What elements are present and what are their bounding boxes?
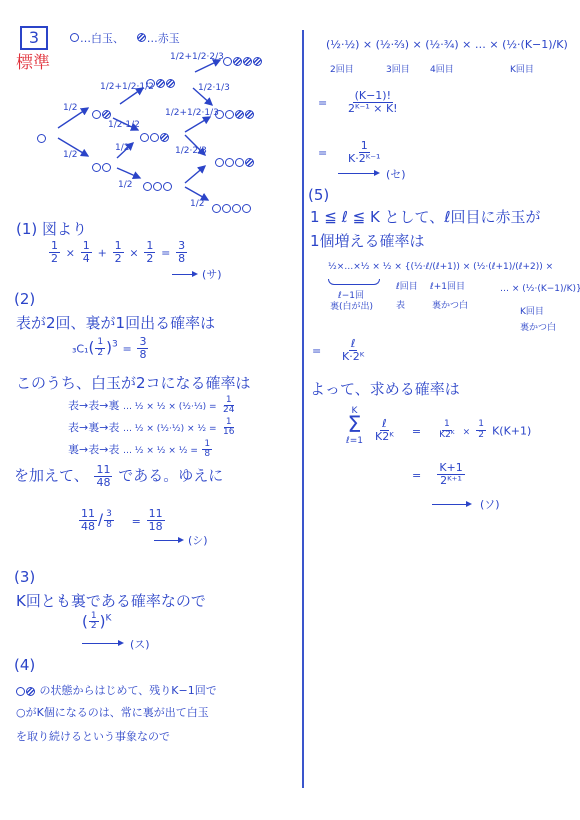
tree-node-start xyxy=(37,128,47,147)
answer-label-so: (ソ) xyxy=(480,496,500,512)
sum-term: ℓK2ᴷ = 1K2ᴷ × 12 K(K+1) xyxy=(372,418,531,442)
under-label: 裏かつ白 xyxy=(432,298,468,311)
part5-line2: 1個増える確率は xyxy=(310,230,425,251)
column-divider xyxy=(302,30,304,788)
under-label: ℓ+1回目 xyxy=(430,279,465,292)
part5-expression-tail: … × (½·(K−1)/K)} xyxy=(500,284,580,294)
part4-heading: (4) xyxy=(14,656,35,674)
part4-step1: = (K−1)!2ᴷ⁻¹ × K! xyxy=(318,90,401,114)
tree-node-w-w xyxy=(92,157,112,176)
part2-line3: を加えて、 1148 である。ゆえに xyxy=(14,464,223,488)
part2-line2: このうち、白玉が2コになる確率は xyxy=(16,372,251,393)
part5-heading: (5) xyxy=(308,186,329,204)
part4-line2: ○がK個になるのは、常に裏が出て白玉 xyxy=(16,704,209,720)
answer-arrow xyxy=(82,643,122,644)
answer-label-su: (ス) xyxy=(130,636,150,652)
part1-expression: 12 × 14 + 12 × 12 = 38 xyxy=(48,240,188,264)
edge-label: 1/2+1/2·2/3 xyxy=(170,52,224,62)
part2-heading: (2) xyxy=(14,290,35,308)
part2-comb: ₃C₁(12)3 = 38 xyxy=(72,336,149,360)
part3-line1: K回とも裏である確率なので xyxy=(16,590,206,611)
edge-label: 1/2·2/3 xyxy=(175,146,207,156)
answer-arrow xyxy=(432,504,470,505)
edge-label: 1/2+1/2·1/3 xyxy=(165,108,219,118)
answer-arrow xyxy=(338,173,378,174)
edge-label: 1/2·1/3 xyxy=(198,83,230,93)
edge-label: 1/2 xyxy=(63,150,77,160)
answer-label-shi: (シ) xyxy=(188,532,208,548)
answer-label-se: (セ) xyxy=(386,166,406,182)
round-label: 4回目 xyxy=(430,62,454,75)
sigma-icon: Σ xyxy=(348,416,362,436)
part5-result: = K+12ᴷ⁺¹ xyxy=(412,462,466,486)
tree-node-w-w-r xyxy=(140,127,170,146)
answer-arrow xyxy=(172,274,196,275)
edge-label: 1/2 xyxy=(118,180,132,190)
underbrace xyxy=(328,279,380,285)
tree-node-w-r-r-r xyxy=(223,51,263,70)
tree-node-w-w-w-w xyxy=(212,198,252,217)
tree-node-w-w-r-r xyxy=(215,104,255,123)
under-label: 表 xyxy=(396,298,405,311)
part4-product: (½·½) × (½·⅔) × (½·¾) × … × (½·(K−1)/K) xyxy=(326,38,568,51)
edge-label: 1/2 xyxy=(63,103,77,113)
part2-line1: 表が2回、裏が1回出る確率は xyxy=(16,312,215,333)
part4-step2: = 1K·2ᴷ⁻¹ xyxy=(318,140,383,164)
tree-node-w-w-w-r xyxy=(215,152,255,171)
edge-label: 1/2+1/2·1/2 xyxy=(100,82,154,92)
under-label: K回目 xyxy=(520,304,544,317)
part5-line1: 1 ≦ ℓ ≦ K として、ℓ回目に赤玉が xyxy=(310,206,540,227)
under-label: 裏(白が出) xyxy=(330,299,373,312)
part5-expression: ½×…×½ × ½ × {(½·ℓ/(ℓ+1)) × (½·(ℓ+1)/(ℓ+2… xyxy=(328,262,553,272)
edge-label: 1/2 xyxy=(190,199,204,209)
case-row: 表→裏→表 … ½ × (½·½) × ½ = 116 xyxy=(68,418,237,438)
tree-node-w-w-w xyxy=(143,176,173,195)
under-label: ℓ回目 xyxy=(396,279,418,292)
part5-line3: よって、求める確率は xyxy=(310,378,460,399)
part1-heading: (1) 図より xyxy=(16,218,87,239)
round-label: K回目 xyxy=(510,62,534,75)
case-row: 裏→表→表 … ½ × ½ × ½ = 18 xyxy=(68,440,213,460)
part3-result: (12)K xyxy=(82,612,111,632)
part4-line3: を取り続けるという事象なので xyxy=(16,728,170,744)
edge-label: 1/2 xyxy=(115,143,129,153)
round-label: 2回目 xyxy=(330,62,354,75)
part4-line1: の状態からはじめて、残りK−1回で xyxy=(16,682,217,698)
answer-label-sa: (サ) xyxy=(202,266,222,282)
answer-arrow xyxy=(154,540,182,541)
part2-final: 1148/38 = 1118 xyxy=(78,508,166,532)
summation: K Σ ℓ=1 xyxy=(346,406,363,446)
part5-step: = ℓK·2ᴷ xyxy=(312,338,367,362)
round-label: 3回目 xyxy=(386,62,410,75)
under-label: 裏かつ白 xyxy=(520,320,556,333)
case-row: 表→表→裏 … ½ × ½ × (½·⅓) = 124 xyxy=(68,396,237,416)
edge-label: 1/2·1/2 xyxy=(108,120,140,130)
part3-heading: (3) xyxy=(14,568,35,586)
